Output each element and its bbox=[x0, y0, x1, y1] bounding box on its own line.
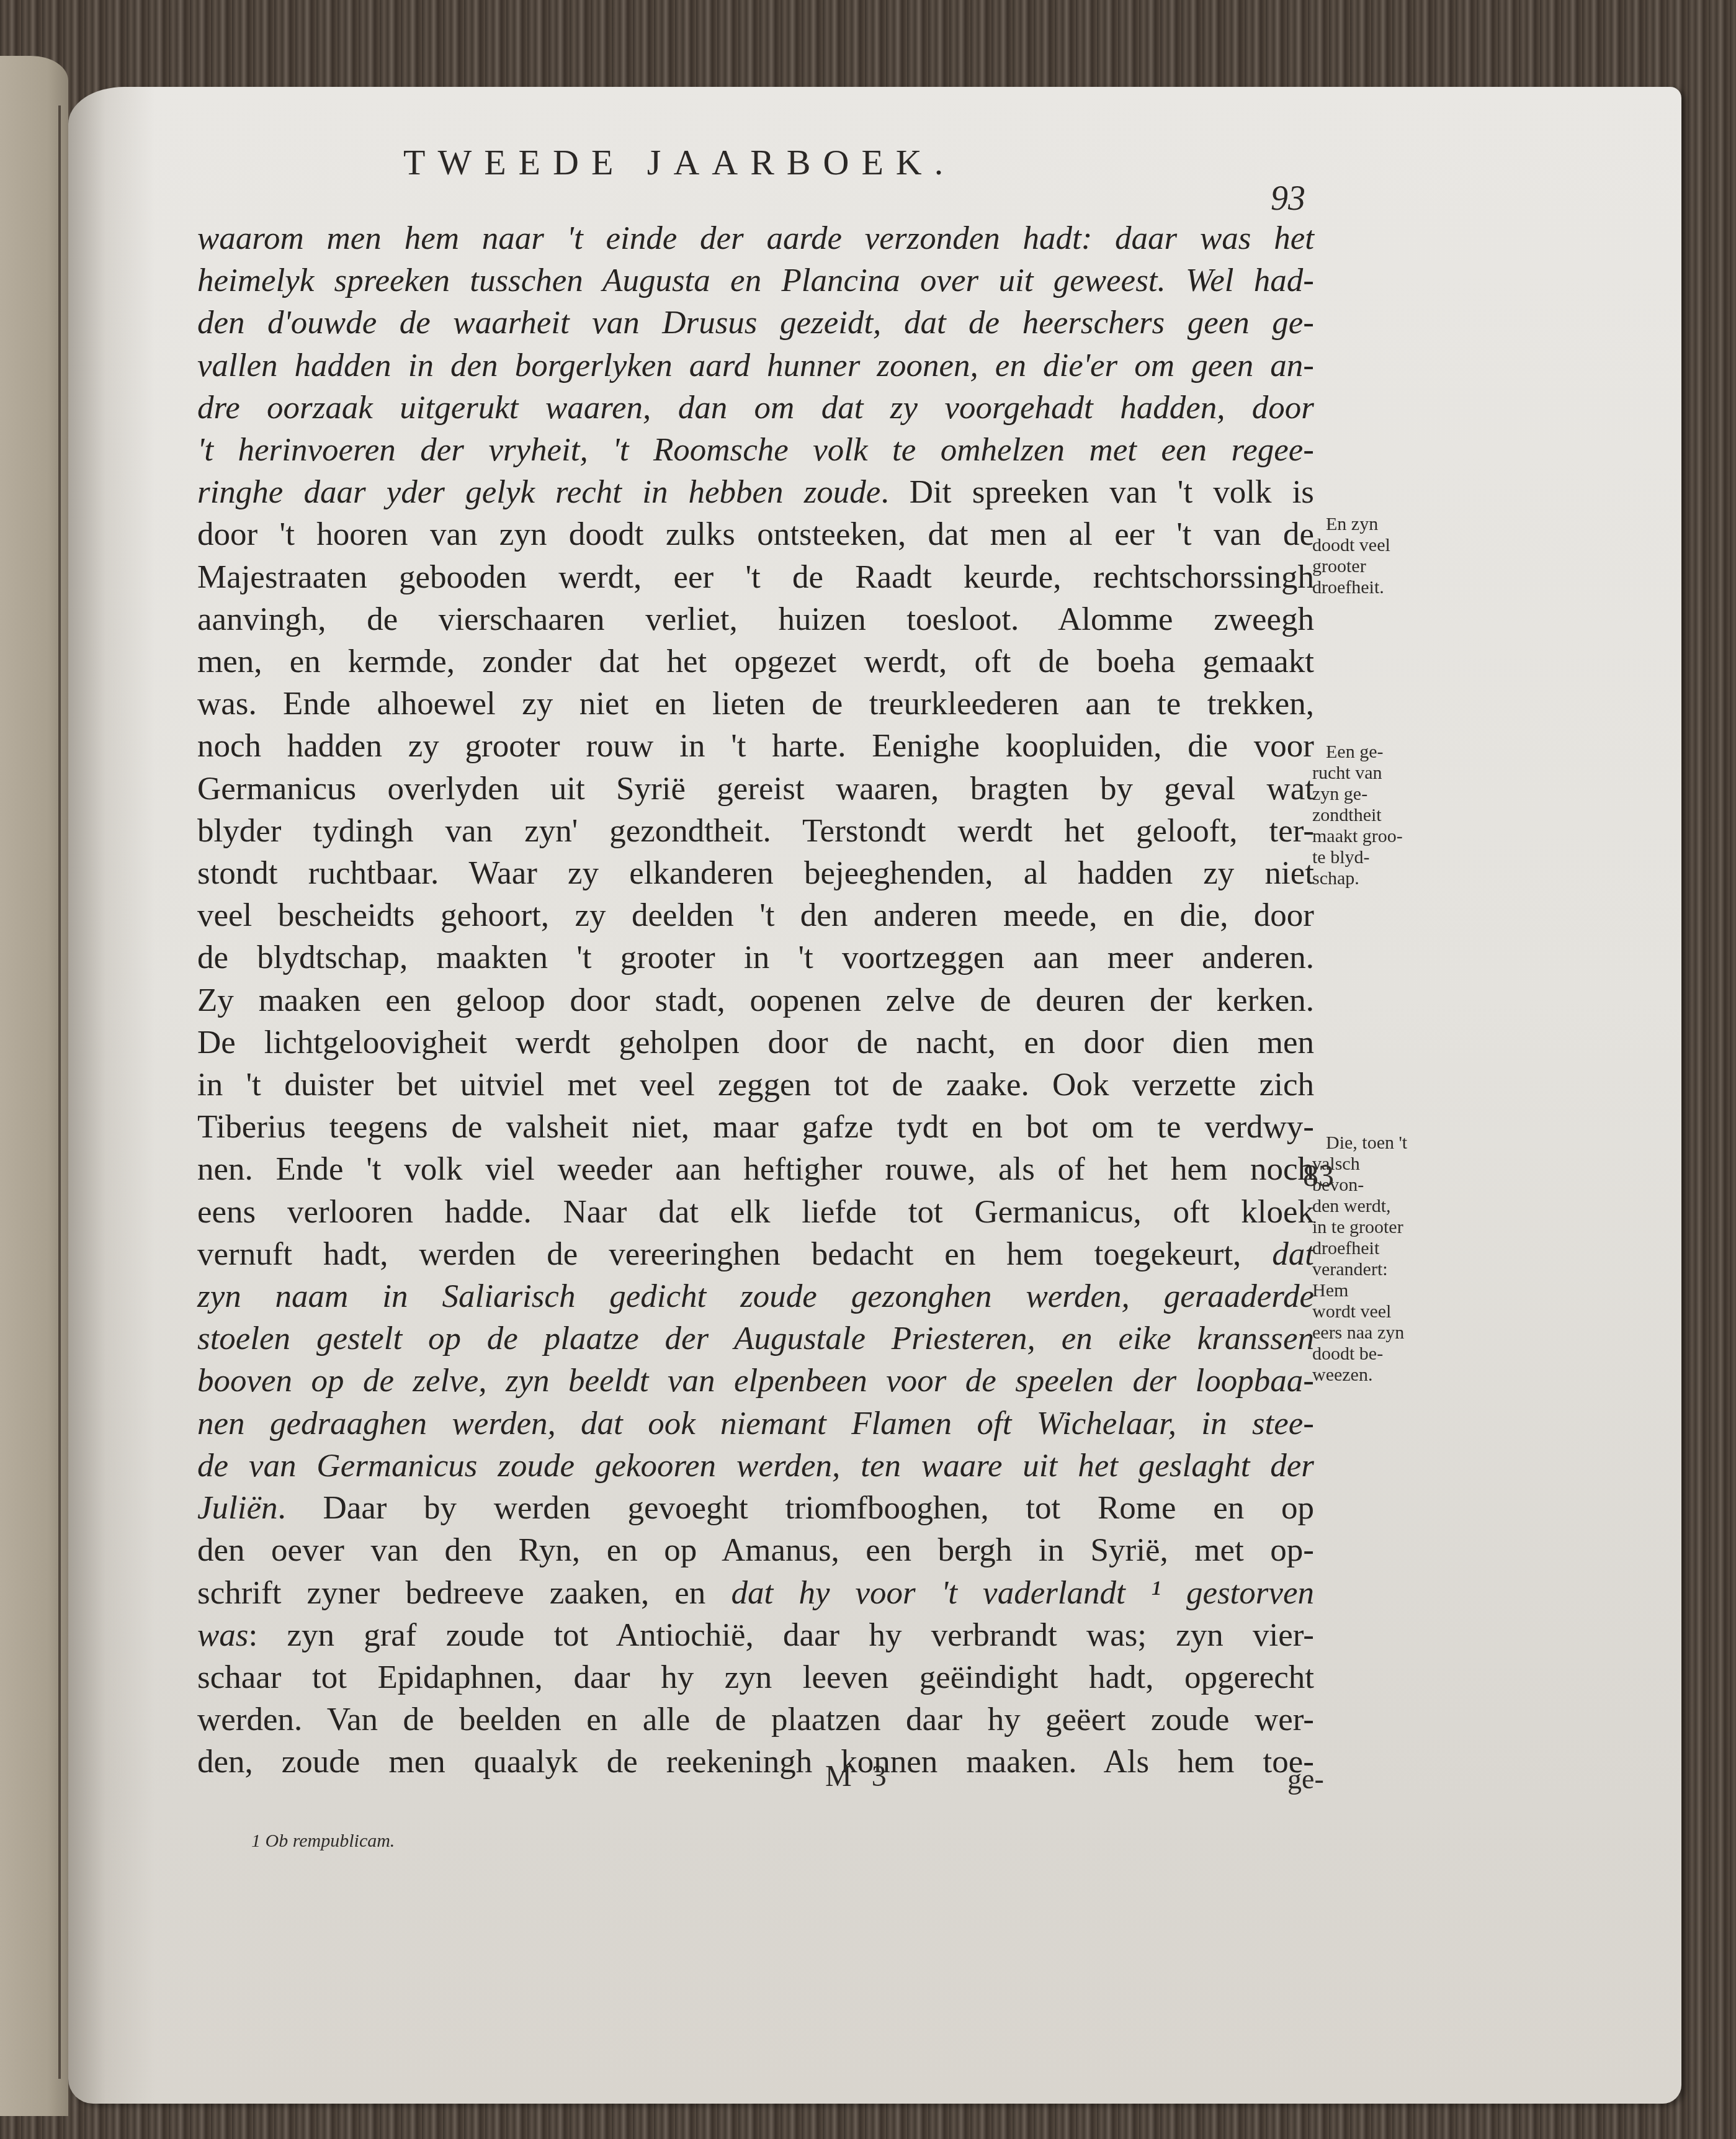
text-line: Germanicus overlyden uit Syrië gereist w… bbox=[197, 768, 1314, 810]
book-gutter bbox=[58, 105, 61, 2079]
text-line: vallen hadden in den borgerlyken aard hu… bbox=[197, 344, 1314, 387]
text-line: stoelen gestelt op de plaatze der August… bbox=[197, 1317, 1314, 1360]
margin-note-line: schap. bbox=[1312, 868, 1403, 889]
margin-note-line: Hem bbox=[1312, 1280, 1407, 1301]
text-line: booven op de zelve, zyn beeldt van elpen… bbox=[197, 1360, 1314, 1402]
body-text: waarom men hem naar 't einde der aarde v… bbox=[197, 217, 1314, 1783]
text-line: 't herinvoeren der vryheit, 't Roomsche … bbox=[197, 429, 1314, 471]
text-line: heimelyk spreeken tusschen Augusta en Pl… bbox=[197, 259, 1314, 302]
margin-note-line: grooter bbox=[1312, 556, 1390, 577]
text-line: De lichtgeloovigheit werdt geholpen door… bbox=[197, 1021, 1314, 1064]
text-line: Tiberius teegens de valsheit niet, maar … bbox=[197, 1106, 1314, 1148]
margin-note-line: den werdt, bbox=[1312, 1196, 1407, 1217]
text-line: Juliën. Daar by werden gevoeght triomfbo… bbox=[197, 1487, 1314, 1529]
text-line: nen. Ende 't volk viel weeder aan heftig… bbox=[197, 1148, 1314, 1190]
text-line: blyder tydingh van zyn' gezondtheit. Ter… bbox=[197, 810, 1314, 852]
margin-note-line: zyn ge- bbox=[1312, 784, 1403, 805]
running-head: TWEEDE JAARBOEK. bbox=[403, 141, 1148, 183]
text-line: werden. Van de beelden en alle de plaatz… bbox=[197, 1698, 1314, 1741]
margin-section-number: 83 bbox=[1303, 1157, 1334, 1193]
text-line: Majestraaten gebooden werdt, eer 't de R… bbox=[197, 556, 1314, 598]
margin-note-line: eers naa zyn bbox=[1312, 1322, 1407, 1343]
text-line: den oever van den Ryn, en op Amanus, een… bbox=[197, 1529, 1314, 1571]
margin-note-line: doodt veel bbox=[1312, 535, 1390, 556]
text-line: den d'ouwde de waarheit van Drusus gezei… bbox=[197, 302, 1314, 344]
margin-note-line: wordt veel bbox=[1312, 1301, 1407, 1322]
margin-note-line: doodt be- bbox=[1312, 1343, 1407, 1365]
page-number: 93 bbox=[1271, 179, 1305, 218]
text-line: waarom men hem naar 't einde der aarde v… bbox=[197, 217, 1314, 259]
text-line: veel bescheidts gehoort, zy deelden 't d… bbox=[197, 894, 1314, 936]
text-line: aanvingh, de vierschaaren verliet, huize… bbox=[197, 598, 1314, 640]
margin-note: En zyndoodt veelgrooterdroefheit. bbox=[1312, 514, 1390, 598]
signature-mark: M 3 bbox=[825, 1759, 893, 1793]
text-line: vernuft hadt, werden de vereeringhen bed… bbox=[197, 1233, 1314, 1275]
text-line: dre oorzaak uitgerukt waaren, dan om dat… bbox=[197, 387, 1314, 429]
text-line: in 't duister bet uitviel met veel zegge… bbox=[197, 1064, 1314, 1106]
text-line: de van Germanicus zoude gekooren werden,… bbox=[197, 1445, 1314, 1487]
text-line: schaar tot Epidaphnen, daar hy zyn leeve… bbox=[197, 1656, 1314, 1698]
text-line: ringhe daar yder gelyk recht in hebben z… bbox=[197, 471, 1314, 513]
margin-note-line: droefheit bbox=[1312, 1238, 1407, 1259]
text-line: Zy maaken een geloop door stadt, oopenen… bbox=[197, 979, 1314, 1021]
margin-note-line: zondtheit bbox=[1312, 805, 1403, 826]
text-line: noch hadden zy grooter rouw in 't harte.… bbox=[197, 725, 1314, 767]
text-line: schrift zyner bedreeve zaaken, en dat hy… bbox=[197, 1572, 1314, 1614]
text-line: den, zoude men quaalyk de reekeningh kon… bbox=[197, 1741, 1314, 1783]
margin-note-line: in te grooter bbox=[1312, 1217, 1407, 1238]
margin-note-line: En zyn bbox=[1312, 514, 1390, 535]
text-line: men, en kermde, zonder dat het opgezet w… bbox=[197, 640, 1314, 683]
margin-note: Een ge-rucht vanzyn ge-zondtheitmaakt gr… bbox=[1312, 742, 1403, 889]
margin-note-line: rucht van bbox=[1312, 763, 1403, 784]
text-line: de blydtschap, maakten 't grooter in 't … bbox=[197, 936, 1314, 979]
text-line: was. Ende alhoewel zy niet en lieten de … bbox=[197, 683, 1314, 725]
margin-note-line: droefheit. bbox=[1312, 577, 1390, 598]
text-line: stondt ruchtbaar. Waar zy elkanderen bej… bbox=[197, 852, 1314, 894]
footnote: 1 Ob rempublicam. bbox=[251, 1831, 395, 1852]
text-line: door 't hooren van zyn doodt zulks ontst… bbox=[197, 513, 1314, 555]
text-line: nen gedraaghen werden, dat ook niemant F… bbox=[197, 1402, 1314, 1445]
text-line: was: zyn graf zoude tot Antiochië, daar … bbox=[197, 1614, 1314, 1656]
text-line: eens verlooren hadde. Naar dat elk liefd… bbox=[197, 1191, 1314, 1233]
margin-note-line: te blyd- bbox=[1312, 847, 1403, 868]
margin-note-line: Die, toen 't bbox=[1312, 1132, 1407, 1154]
margin-note-line: maakt groo- bbox=[1312, 826, 1403, 847]
catchword: ge- bbox=[1287, 1762, 1324, 1795]
margin-note-line: weezen. bbox=[1312, 1365, 1407, 1386]
margin-note-line: verandert: bbox=[1312, 1259, 1407, 1280]
text-line: zyn naam in Saliarisch gedicht zoude gez… bbox=[197, 1275, 1314, 1317]
margin-note-line: Een ge- bbox=[1312, 742, 1403, 763]
